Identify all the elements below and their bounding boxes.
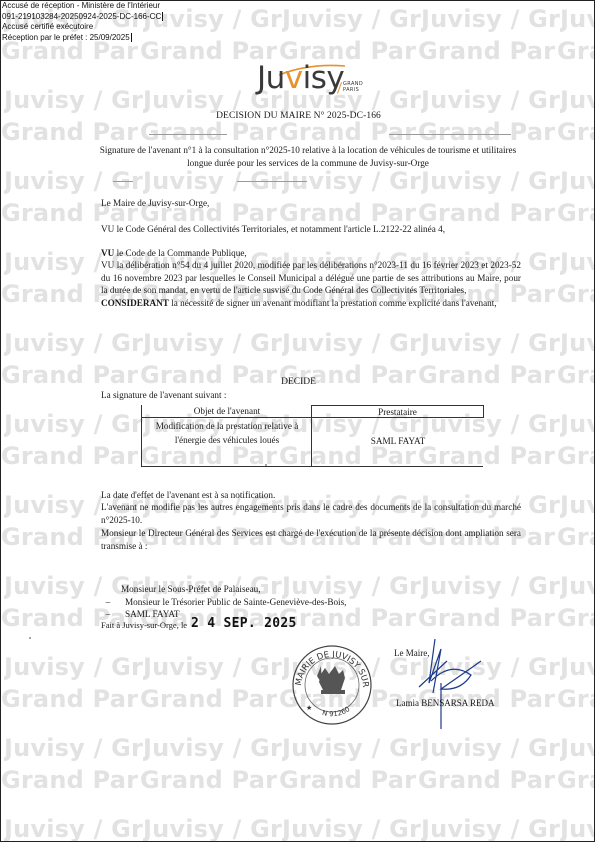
considerant: CONSIDERANT la nécessité de signer un av… bbox=[101, 297, 521, 310]
juvisy-logo: Juvisy GRAND PARIS bbox=[257, 61, 357, 101]
svg-text:★: ★ bbox=[306, 704, 312, 712]
receipt-line-3: Accusé certifié exécutoire bbox=[2, 22, 163, 33]
receipt-line-4: Réception par le préfet : 25/09/2025 bbox=[2, 33, 132, 42]
scan-speck bbox=[265, 464, 267, 466]
table-header-object: Objet de l'avenant bbox=[142, 405, 312, 418]
avenant-table: Objet de l'avenant Modification de la pr… bbox=[141, 405, 483, 467]
intro-line: Le Maire de Juvisy-sur-Orge, bbox=[101, 197, 521, 210]
svg-text:N 91260: N 91260 bbox=[321, 705, 351, 718]
receipt-header: Accusé de réception - Ministère de l'Int… bbox=[2, 1, 163, 43]
execution: Monsieur le Directeur Général des Servic… bbox=[101, 527, 521, 552]
decision-title: DECISION DU MAIRE N° 2025-DC-166 bbox=[1, 111, 595, 121]
table-cell-provider: SAML FAYAT bbox=[312, 435, 484, 448]
signature-intro: La signature de l'avenant suivant : bbox=[101, 389, 521, 402]
mayor-title: Le Maire, bbox=[394, 648, 429, 658]
recipient-item: –Monsieur le Trésorier Public de Sainte-… bbox=[101, 596, 346, 609]
engagements: L'avenant ne modifie pas les autres enga… bbox=[101, 501, 521, 526]
vu-deliberation: VU la délibération n°54 du 4 juillet 202… bbox=[101, 259, 521, 297]
decision-subject: Signature de l'avenant n°1 à la consulta… bbox=[99, 144, 517, 169]
date-stamp: 2 4 SEP. 2025 bbox=[191, 616, 297, 631]
effect-date: La date d'effet de l'avenant est à sa no… bbox=[101, 489, 521, 502]
logo-subtitle: GRAND PARIS bbox=[343, 81, 363, 93]
divider-line bbox=[149, 134, 227, 135]
table-cell-object: Modification de la prestation relative à… bbox=[142, 420, 312, 447]
receipt-line-1: Accusé de réception - Ministère de l'Int… bbox=[2, 1, 163, 12]
recipients-list: Monsieur le Sous-Préfet de Palaiseau, –M… bbox=[101, 583, 346, 621]
divider-line bbox=[389, 134, 511, 135]
table-header-provider: Prestataire bbox=[312, 405, 484, 418]
table-column-object: Objet de l'avenant Modification de la pr… bbox=[141, 405, 311, 467]
logo-wordmark: Juvisy bbox=[257, 61, 344, 95]
divider-line bbox=[113, 181, 133, 182]
scan-speck bbox=[29, 637, 31, 639]
table-column-provider: Prestataire SAML FAYAT bbox=[311, 405, 483, 467]
decide-heading: DECIDE bbox=[1, 377, 595, 387]
receipt-line-2: 091-219103284-20250924-2025-DC-166-CC bbox=[2, 12, 163, 21]
vu-ccp: VU le Code de la Commande Publique, bbox=[101, 247, 521, 260]
recipient-item: Monsieur le Sous-Préfet de Palaiseau, bbox=[101, 583, 346, 596]
document-page: Juvisy / GraJuvisy / GraJuvisy / GraJuvi… bbox=[0, 0, 595, 842]
mayor-signature-icon bbox=[411, 631, 501, 731]
town-hall-seal-icon: MAIRIE DE JUVISY SUR ORGE N 91260 ★ bbox=[291, 644, 373, 726]
signed-at: Fait à Juvisy-sur-Orge, le bbox=[101, 620, 187, 630]
vu-cgct: VU le Code Général des Collectivités Ter… bbox=[101, 223, 521, 236]
mayor-name: Lamia BENSARSA REDA bbox=[396, 698, 495, 708]
divider-line bbox=[237, 181, 307, 182]
